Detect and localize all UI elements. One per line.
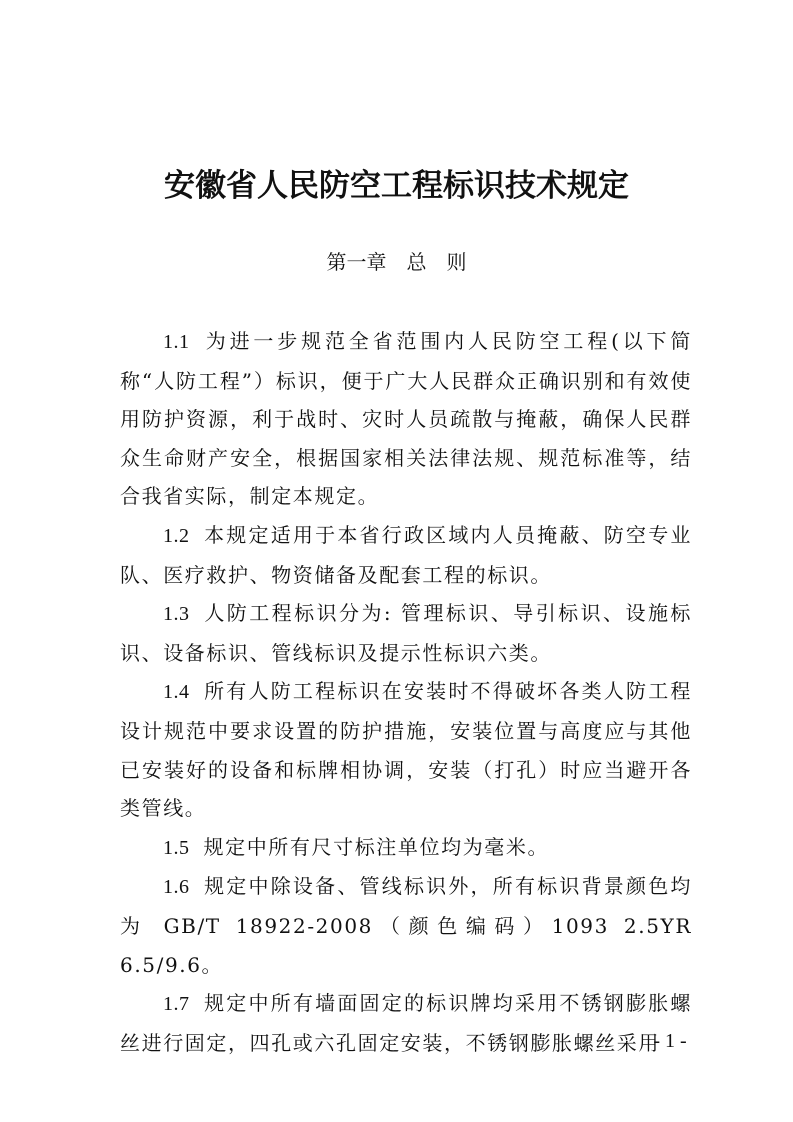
- paragraph-1-4: 1.4所有人防工程标识在安装时不得破坏各类人防工程设计规范中要求设置的防护措施，…: [120, 672, 692, 827]
- clause-number: 1.2: [163, 525, 190, 547]
- clause-number: 1.4: [163, 681, 190, 703]
- chapter-heading: 第一章 总 则: [0, 246, 793, 275]
- clause-number: 1.6: [163, 876, 190, 898]
- paragraph-1-2: 1.2本规定适用于本省行政区域内人员掩蔽、防空专业队、医疗救护、物资储备及配套工…: [120, 516, 692, 594]
- clause-text: 本规定适用于本省行政区域内人员掩蔽、防空专业队、医疗救护、物资储备及配套工程的标…: [120, 523, 692, 587]
- clause-number: 1.7: [163, 993, 190, 1015]
- clause-text: 规定中所有尺寸标注单位均为毫米。: [204, 835, 550, 859]
- paragraph-1-5: 1.5规定中所有尺寸标注单位均为毫米。: [120, 828, 692, 868]
- paragraph-1-6: 1.6规定中除设备、管线标识外，所有标识背景颜色均为 GB/T 18922-20…: [120, 867, 692, 984]
- clause-text: 人防工程标识分为: 管理标识、导引标识、设施标识、设备标识、管线标识及提示性标识…: [120, 601, 692, 665]
- clause-text: 规定中所有墙面固定的标识牌均采用不锈钢膨胀螺丝进行固定，四孔或六孔固定安装，不锈…: [120, 991, 692, 1055]
- document-page: 安徽省人民防空工程标识技术规定 第一章 总 则 1.1为进一步规范全省范围内人民…: [0, 0, 793, 1122]
- clause-text: 为进一步规范全省范围内人民防空工程(以下简称“人防工程”）标识，便于广大人民群众…: [120, 329, 692, 508]
- page-number: - 1 -: [620, 1030, 720, 1053]
- document-title: 安徽省人民防空工程标识技术规定: [0, 160, 793, 205]
- clause-number: 1.3: [163, 603, 190, 625]
- document-body: 1.1为进一步规范全省范围内人民防空工程(以下简称“人防工程”）标识，便于广大人…: [120, 322, 692, 1062]
- clause-text: 所有人防工程标识在安装时不得破坏各类人防工程设计规范中要求设置的防护措施，安装位…: [120, 679, 692, 820]
- clause-text: 规定中除设备、管线标识外，所有标识背景颜色均为 GB/T 18922-2008（…: [120, 874, 692, 976]
- paragraph-1-1: 1.1为进一步规范全省范围内人民防空工程(以下简称“人防工程”）标识，便于广大人…: [120, 322, 692, 516]
- paragraph-1-7: 1.7规定中所有墙面固定的标识牌均采用不锈钢膨胀螺丝进行固定，四孔或六孔固定安装…: [120, 984, 692, 1062]
- clause-number: 1.1: [163, 331, 190, 353]
- paragraph-1-3: 1.3人防工程标识分为: 管理标识、导引标识、设施标识、设备标识、管线标识及提示…: [120, 594, 692, 672]
- clause-number: 1.5: [163, 837, 190, 859]
